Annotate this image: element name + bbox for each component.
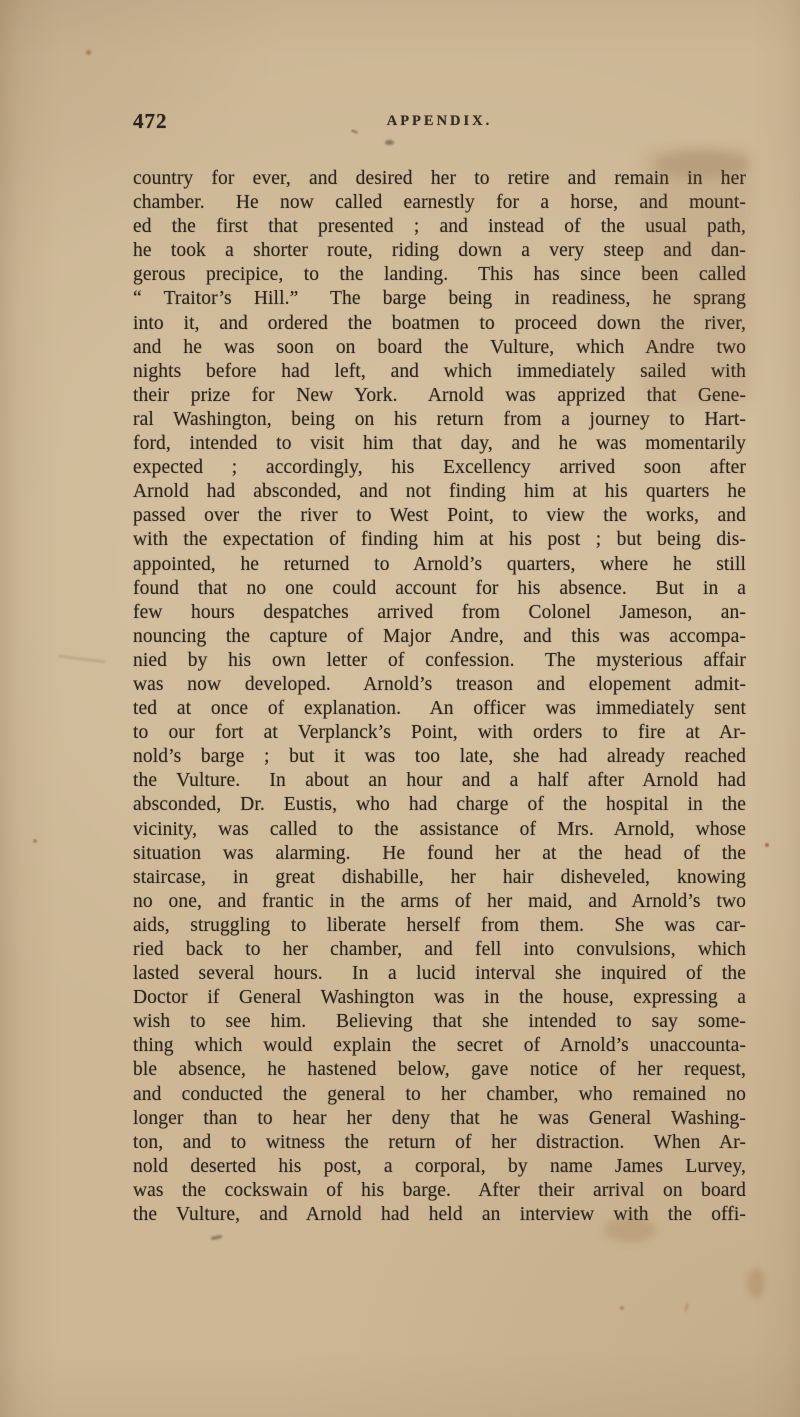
text-line: found that no one could account for his … xyxy=(133,577,746,601)
text-line: expected ; accordingly, his Excellency a… xyxy=(133,456,746,480)
text-line: chamber. He now called earnestly for a h… xyxy=(133,191,746,215)
text-line: situation was alarming. He found her at … xyxy=(133,842,746,866)
text-line: nouncing the capture of Major Andre, and… xyxy=(133,625,746,649)
text-line: lasted several hours. In a lucid interva… xyxy=(133,962,746,986)
paper-speck xyxy=(385,140,394,145)
paper-speck xyxy=(86,50,91,55)
text-line: ble absence, he hastened below, gave not… xyxy=(133,1058,746,1082)
text-line: their prize for New York. Arnold was app… xyxy=(133,384,746,408)
paper-speck xyxy=(684,1303,689,1312)
text-line: Arnold had absconded, and not finding hi… xyxy=(133,480,746,504)
text-line: passed over the river to West Point, to … xyxy=(133,504,746,528)
text-line: Doctor if General Washington was in the … xyxy=(133,986,746,1010)
text-line: ral Washington, being on his return from… xyxy=(133,408,746,432)
paper-speck xyxy=(620,1306,624,1310)
text-line: he took a shorter route, riding down a v… xyxy=(133,239,746,263)
text-line: ried back to her chamber, and fell into … xyxy=(133,938,746,962)
text-line: thing which would explain the secret of … xyxy=(133,1034,746,1058)
text-line: absconded, Dr. Eustis, who had charge of… xyxy=(133,793,746,817)
text-line: nied by his own letter of confession. Th… xyxy=(133,649,746,673)
paper-stain xyxy=(747,1268,765,1298)
text-line: ford, intended to visit him that day, an… xyxy=(133,432,746,456)
text-line: was the cockswain of his barge. After th… xyxy=(133,1179,746,1203)
paper-speck xyxy=(765,843,769,847)
body-text: country for ever, and desired her to ret… xyxy=(133,167,746,1227)
text-line: was now developed. Arnold’s treason and … xyxy=(133,673,746,697)
book-page: 472 APPENDIX. country for ever, and desi… xyxy=(0,0,800,1417)
text-line: ted at once of explanation. An officer w… xyxy=(133,697,746,721)
text-line: ed the first that presented ; and instea… xyxy=(133,215,746,239)
running-head: APPENDIX. xyxy=(133,113,746,130)
text-line: nights before had left, and which immedi… xyxy=(133,360,746,384)
text-line: to our fort at Verplanck’s Point, with o… xyxy=(133,721,746,745)
text-line: with the expectation of finding him at h… xyxy=(133,528,746,552)
text-line: aids, struggling to liberate herself fro… xyxy=(133,914,746,938)
text-line: the Vulture, and Arnold had held an inte… xyxy=(133,1203,746,1227)
text-line: few hours despatches arrived from Colone… xyxy=(133,601,746,625)
paper-scratch xyxy=(58,655,106,663)
text-line: into it, and ordered the boatmen to proc… xyxy=(133,312,746,336)
text-line: nold’s barge ; but it was too late, she … xyxy=(133,745,746,769)
text-line: no one, and frantic in the arms of her m… xyxy=(133,890,746,914)
text-line: staircase, in great dishabille, her hair… xyxy=(133,866,746,890)
text-line: vicinity, was called to the assistance o… xyxy=(133,818,746,842)
text-line: ton, and to witness the return of her di… xyxy=(133,1131,746,1155)
text-line: gerous precipice, to the landing. This h… xyxy=(133,263,746,287)
text-line: and conducted the general to her chamber… xyxy=(133,1083,746,1107)
text-line: the Vulture. In about an hour and a half… xyxy=(133,769,746,793)
text-line: nold deserted his post, a corporal, by n… xyxy=(133,1155,746,1179)
text-line: appointed, he returned to Arnold’s quart… xyxy=(133,553,746,577)
paper-speck xyxy=(33,839,37,843)
text-line: and he was soon on board the Vulture, wh… xyxy=(133,336,746,360)
text-line: wish to see him. Believing that she inte… xyxy=(133,1010,746,1034)
text-line: longer than to hear her deny that he was… xyxy=(133,1107,746,1131)
text-line: country for ever, and desired her to ret… xyxy=(133,167,746,191)
paper-speck xyxy=(211,1235,222,1240)
text-line: “ Traitor’s Hill.” The barge being in re… xyxy=(133,287,746,311)
